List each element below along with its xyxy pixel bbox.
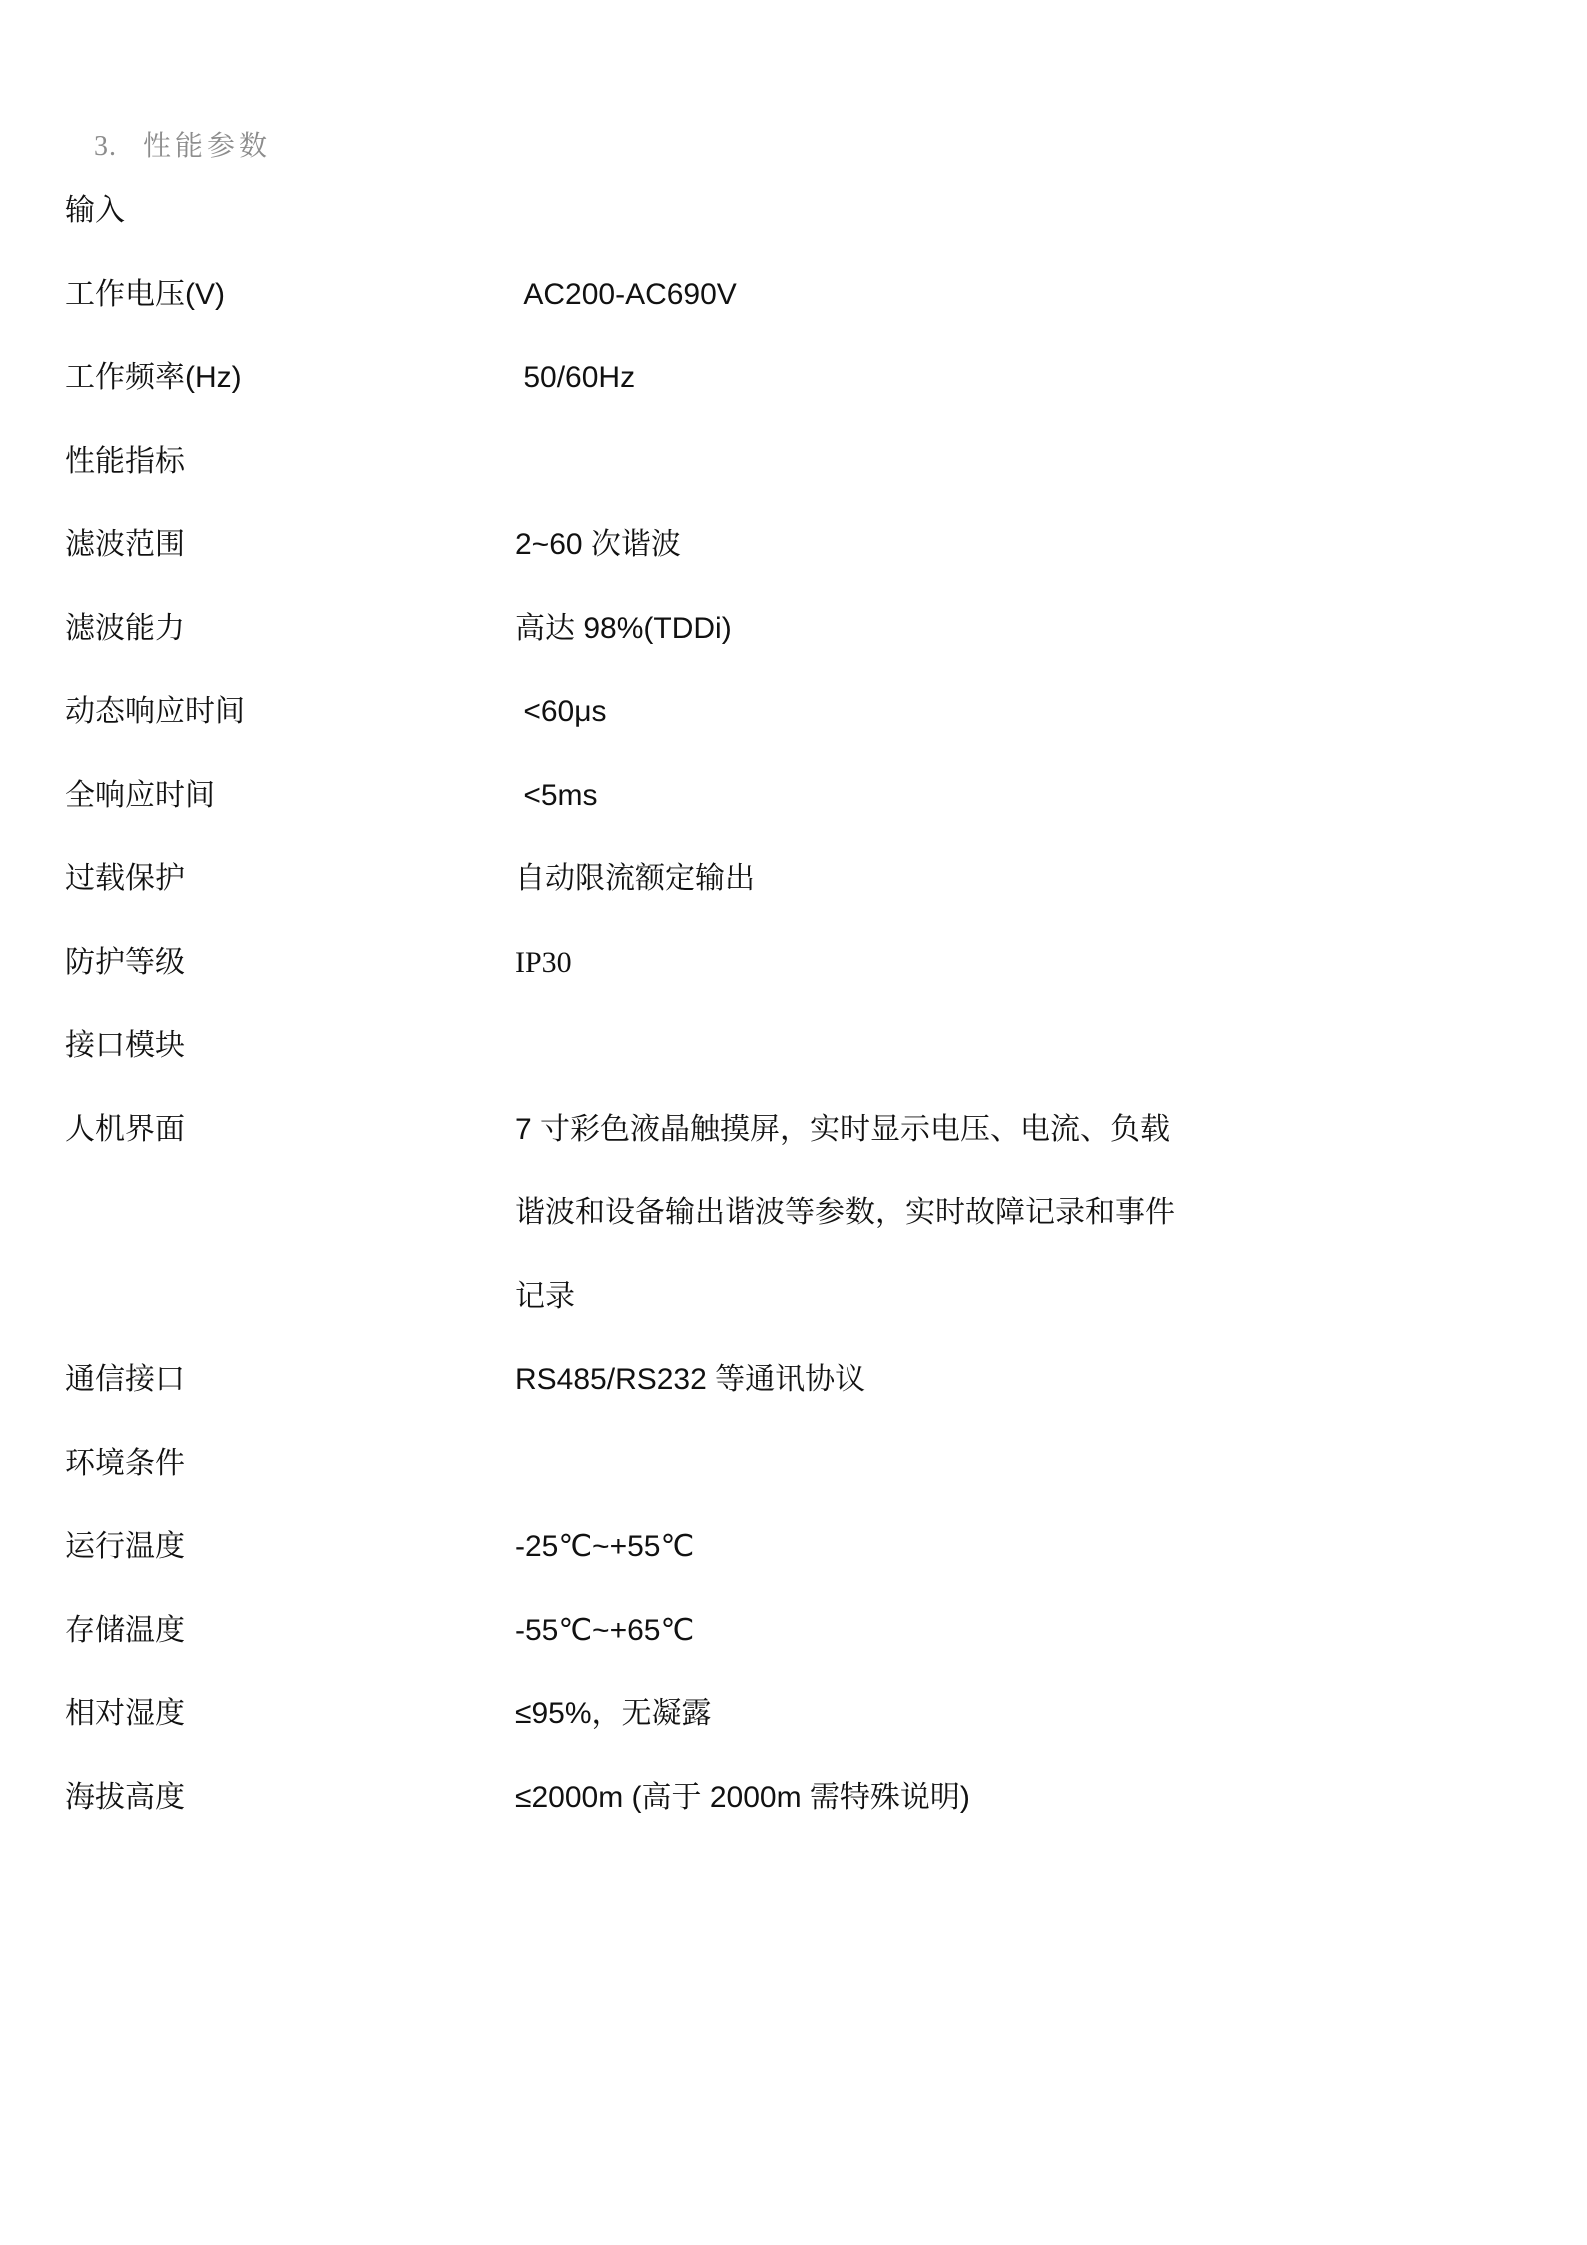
document-page: 3.性能参数 输入 工作电压(V) AC200-AC690V 工作频率(Hz) …: [0, 0, 1587, 2245]
spec-value: -25℃~+55℃: [515, 1505, 1515, 1589]
spec-label: 相对湿度: [65, 1672, 515, 1756]
spec-row: 防护等级 IP30: [65, 921, 1515, 1005]
spec-row: 海拔高度 ≤2000m (高于 2000m 需特殊说明): [65, 1756, 1515, 1840]
spec-row: 人机界面 7 寸彩色液晶触摸屏，实时显示电压、电流、负载 谐波和设备输出谐波等参…: [65, 1088, 1515, 1339]
spec-value: 2~60 次谐波: [515, 503, 1515, 587]
spec-label: 接口模块: [65, 1004, 515, 1088]
spec-row: 运行温度 -25℃~+55℃: [65, 1505, 1515, 1589]
spec-row: 滤波范围 2~60 次谐波: [65, 503, 1515, 587]
spec-label: 动态响应时间: [65, 670, 515, 754]
spec-label: 工作电压(V): [65, 253, 515, 337]
spec-label: 工作频率(Hz): [65, 336, 515, 420]
spec-row: 动态响应时间 <60μs: [65, 670, 1515, 754]
spec-value: ≤95%，无凝露: [515, 1672, 1515, 1756]
spec-label: 性能指标: [65, 420, 515, 504]
spec-row: 通信接口 RS485/RS232 等通讯协议: [65, 1338, 1515, 1422]
spec-row: 存储温度 -55℃~+65℃: [65, 1589, 1515, 1673]
spec-label: 防护等级: [65, 921, 515, 1005]
spec-label: 滤波范围: [65, 503, 515, 587]
spec-label: 全响应时间: [65, 754, 515, 838]
spec-value: <5ms: [515, 754, 1515, 838]
heading-title: 性能参数: [143, 131, 271, 162]
spec-row: 全响应时间 <5ms: [65, 754, 1515, 838]
spec-label: 海拔高度: [65, 1756, 515, 1840]
spec-row: 滤波能力 高达 98%(TDDi): [65, 587, 1515, 671]
spec-label: 过载保护: [65, 837, 515, 921]
spec-label: 滤波能力: [65, 587, 515, 671]
spec-value: AC200-AC690V: [515, 253, 1515, 337]
section-heading-row: 环境条件: [65, 1422, 1515, 1506]
spec-value: 7 寸彩色液晶触摸屏，实时显示电压、电流、负载 谐波和设备输出谐波等参数，实时故…: [515, 1088, 1515, 1339]
spec-table: 输入 工作电压(V) AC200-AC690V 工作频率(Hz) 50/60Hz…: [65, 169, 1515, 1839]
spec-value: IP30: [515, 921, 1515, 1005]
spec-label: 环境条件: [65, 1422, 515, 1506]
spec-value: RS485/RS232 等通讯协议: [515, 1338, 1515, 1422]
section-heading-row: 输入: [65, 169, 1515, 253]
heading-number: 3.: [94, 131, 117, 163]
spec-label: 通信接口: [65, 1338, 515, 1422]
spec-row: 工作频率(Hz) 50/60Hz: [65, 336, 1515, 420]
spec-value: ≤2000m (高于 2000m 需特殊说明): [515, 1756, 1515, 1840]
spec-label: 运行温度: [65, 1505, 515, 1589]
spec-value: -55℃~+65℃: [515, 1589, 1515, 1673]
spec-value: 50/60Hz: [515, 336, 1515, 420]
spec-value: 高达 98%(TDDi): [515, 587, 1515, 671]
spec-value: <60μs: [515, 670, 1515, 754]
section-heading-row: 接口模块: [65, 1004, 1515, 1088]
spec-row: 过载保护 自动限流额定输出: [65, 837, 1515, 921]
spec-row: 工作电压(V) AC200-AC690V: [65, 253, 1515, 337]
spec-label: 人机界面: [65, 1088, 515, 1172]
spec-label: 输入: [65, 169, 515, 253]
spec-row: 相对湿度 ≤95%，无凝露: [65, 1672, 1515, 1756]
spec-label: 存储温度: [65, 1589, 515, 1673]
spec-value: 自动限流额定输出: [515, 837, 1515, 921]
section-heading-row: 性能指标: [65, 420, 1515, 504]
